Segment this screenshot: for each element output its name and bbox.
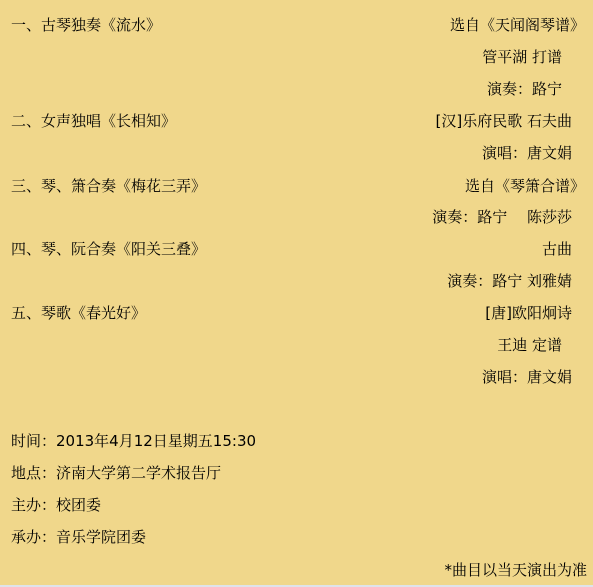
program-item-1-title: 一、古琴独奏《流水》: [11, 16, 161, 34]
program-disclaimer: *曲目以当天演出为准: [444, 561, 587, 579]
program-item-5-title: 五、琴歌《春光好》: [11, 304, 146, 322]
program-item-2-source: [汉]乐府民歌 石夫曲: [436, 112, 572, 130]
program-item-1-performer: 演奏：路宁: [487, 80, 562, 98]
program-item-4-source: 古曲: [542, 240, 572, 258]
program-item-3-source: 选自《琴箫合谱》: [465, 177, 585, 195]
event-time: 时间：2013年4月12日星期五15:30: [11, 432, 256, 450]
program-item-5-lyricist: [唐]欧阳炯诗: [485, 304, 572, 322]
program-item-1-arranger: 管平湖 打谱: [482, 48, 562, 66]
program-item-2-performer: 演唱：唐文娟: [482, 144, 572, 162]
program-item-4-performer: 演奏：路宁 刘雅婧: [447, 272, 572, 290]
program-item-2-title: 二、女声独唱《长相知》: [11, 112, 176, 130]
event-organizer: 承办：音乐学院团委: [11, 528, 146, 546]
program-item-5-arranger: 王迪 定谱: [497, 336, 562, 354]
program-item-1-source: 选自《天闻阁琴谱》: [450, 16, 585, 34]
event-venue: 地点：济南大学第二学术报告厅: [11, 464, 221, 482]
event-host: 主办：校团委: [11, 496, 101, 514]
concert-program: 一、古琴独奏《流水》 选自《天闻阁琴谱》 管平湖 打谱 演奏：路宁 二、女声独唱…: [0, 0, 593, 585]
program-item-3-title: 三、琴、箫合奏《梅花三弄》: [11, 177, 206, 195]
program-item-3-performer: 演奏：路宁 陈莎莎: [432, 208, 572, 226]
program-item-4-title: 四、琴、阮合奏《阳关三叠》: [11, 240, 206, 258]
program-item-5-performer: 演唱：唐文娟: [482, 368, 572, 386]
